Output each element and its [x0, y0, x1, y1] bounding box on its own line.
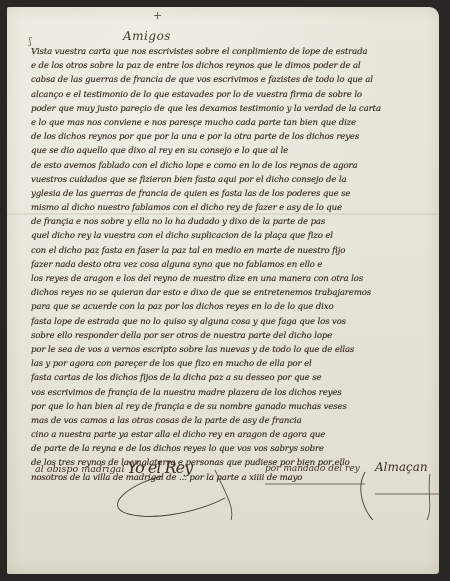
- text-line: por que lo han bien al rey de françia e …: [31, 400, 433, 414]
- text-line: de françia e nos sobre y ella no lo ha d…: [31, 215, 433, 229]
- text-line: fazer nada desto otra vez cosa alguna sy…: [31, 258, 433, 272]
- text-line: de esto avemos fablado con el dicho lope…: [31, 159, 433, 173]
- text-line: e de los otros sobre la paz de entre los…: [31, 59, 433, 73]
- text-line: las y por agora con pareçer de los que f…: [31, 357, 433, 371]
- letter-body: Vista vuestra carta que nos escrivistes …: [31, 45, 433, 485]
- text-line: cino a nuestra parte ya estar alla el di…: [31, 428, 433, 442]
- text-line: dichos reyes no se quieran dar esto e di…: [31, 286, 433, 300]
- secretary-signature: por mandado del rey: [265, 464, 360, 474]
- text-line: cabsa de las guerras de francia de que v…: [31, 73, 433, 87]
- text-line: yglesia de las guerras de francia de qui…: [31, 187, 433, 201]
- text-line: alcanço e el testimonio de lo que estava…: [31, 88, 433, 102]
- text-line: vuestros cuidados que se fizieron bien f…: [31, 173, 433, 187]
- letter-heading: Amigos: [123, 29, 171, 43]
- text-line: e lo que mas nos conviene e nos paresçe …: [31, 116, 433, 130]
- text-line: fasta lope de estrada que no lo quiso sy…: [31, 315, 433, 329]
- text-line: mas de vos camos a las otras cosas de la…: [31, 414, 433, 428]
- document-scan: + Amigos ʃ Vista vuestra carta que nos e…: [0, 0, 450, 581]
- text-line: de parte de la reyna e de los dichos rey…: [31, 442, 433, 456]
- text-line: vos escrivimos de françia de la nuestra …: [31, 386, 433, 400]
- text-line: poder que muy justo pareçio de que les d…: [31, 102, 433, 116]
- text-line: para que se acuerde con la paz por los d…: [31, 300, 433, 314]
- address-line: al obispo madrigal: [35, 464, 124, 475]
- text-line: que se dio aquello que dixo al rey en su…: [31, 144, 433, 158]
- text-line: sobre ello responder della por ser otros…: [31, 329, 433, 343]
- text-line: quel dicho rey la vuestra con el dicho s…: [31, 229, 433, 243]
- text-line: mismo al dicho nuestro fablamos con el d…: [31, 201, 433, 215]
- text-line: los reyes de aragon e los del reyno de n…: [31, 272, 433, 286]
- cross-mark: +: [153, 9, 162, 22]
- royal-signature: Yo el Rey: [127, 458, 192, 477]
- text-line: Vista vuestra carta que nos escrivistes …: [31, 45, 433, 59]
- text-line: de los dichos reynos por que por la una …: [31, 130, 433, 144]
- text-line: con el dicho paz fasta en faser la paz t…: [31, 244, 433, 258]
- second-signature: Almaçan: [375, 460, 428, 474]
- text-line: por le sea de vos a vernos escripto sobr…: [31, 343, 433, 357]
- manuscript-page: + Amigos ʃ Vista vuestra carta que nos e…: [7, 7, 439, 574]
- text-line: fasta cartas de los dichos fijos de la d…: [31, 371, 433, 385]
- signature-block: al obispo madrigal Yo el Rey por mandado…: [35, 462, 445, 522]
